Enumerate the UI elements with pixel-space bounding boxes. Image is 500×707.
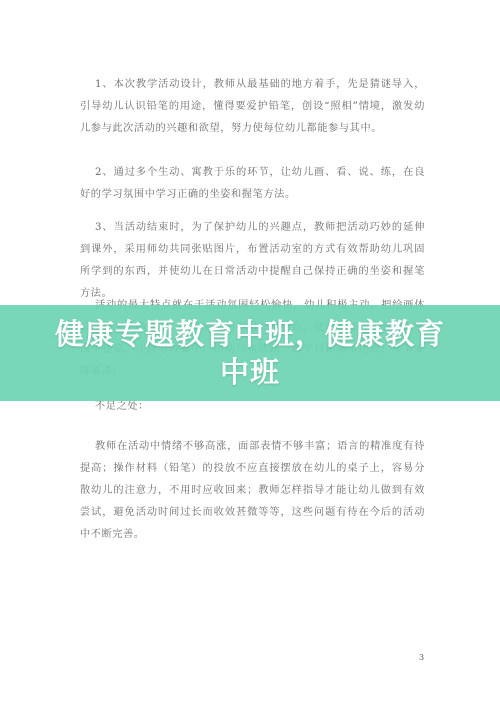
title-banner: 健康专题教育中班，健康教育中班 [0,305,500,401]
paragraph-shortcomings: 教师在活动中情绪不够高涨，面部表情不够丰富；语言的精准度有待提高；操作材料（铅笔… [80,436,425,546]
page-number: 3 [419,653,424,662]
paragraph-3: 3、当活动结束时，为了保护幼儿的兴趣点，教师把活动巧妙的延伸到课外，采用师幼共同… [80,217,425,305]
banner-title: 健康专题教育中班，健康教育中班 [50,315,450,391]
paragraph-1: 1、本次教学活动设计，教师从最基础的地方着手，先是猜谜导入，引导幼儿认识铅笔的用… [80,74,425,140]
paragraph-2: 2、通过多个生动、寓教于乐的环节，让幼儿画、看、说、练，在良好的学习氛围中学习正… [80,162,425,206]
